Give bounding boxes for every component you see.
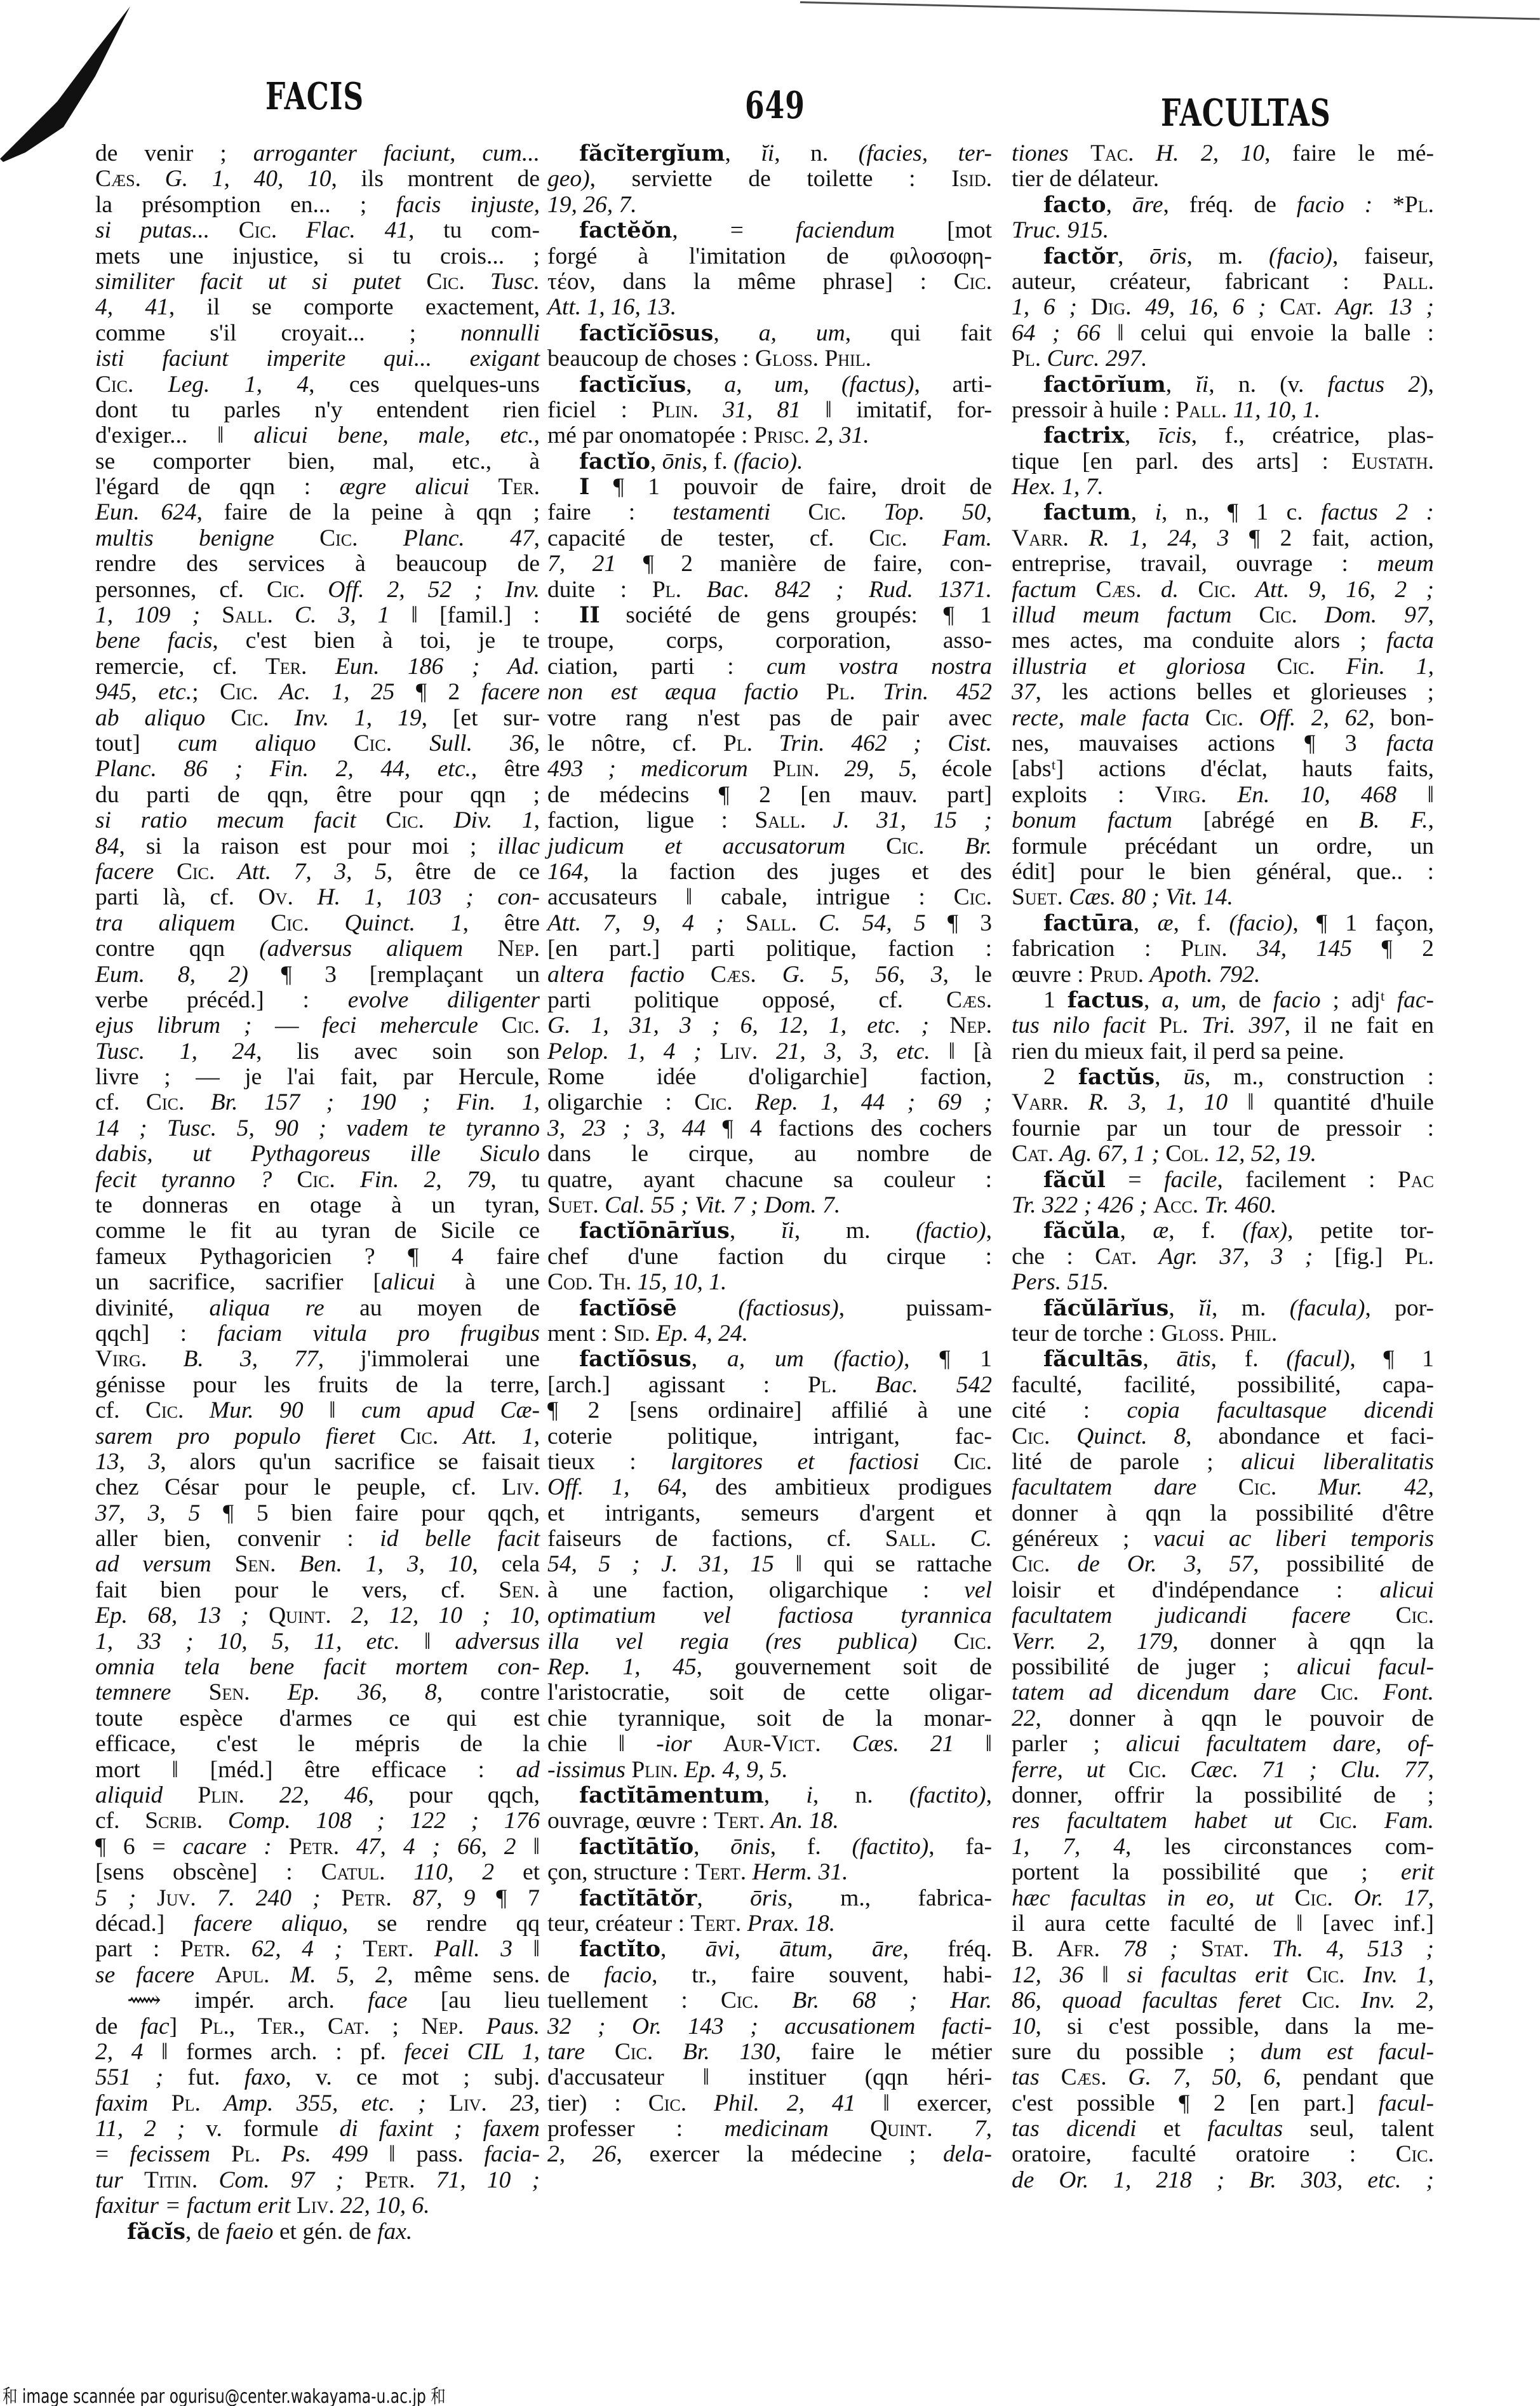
- text-line: part : Petr. 62, 4 ; Tert. Pall. 3 ‖: [95, 1937, 540, 1962]
- dictionary-entry-line: făcultās, ātis, f. (facul), ¶ 1: [1012, 1347, 1434, 1372]
- dictionary-entry-line: II société de gens groupés: ¶ 1: [547, 603, 992, 628]
- text-line: Verr. 2, 179, donner à qqn la: [1012, 1629, 1434, 1655]
- text-line: accusateurs ‖ cabale, intrigue : Cic.: [547, 885, 992, 910]
- dictionary-entry-line: factĭto, āvi, ātum, āre, fréq.: [547, 1937, 992, 1962]
- text-line: bonum factum [abrégé en B. F.,: [1012, 808, 1434, 833]
- dictionary-entry-line: factŏr, ōris, m. (facio), faiseur,: [1012, 244, 1434, 269]
- text-line: Pers. 515.: [1012, 1270, 1434, 1295]
- text-line: décad.] facere aliquo, se rendre qq: [95, 1911, 540, 1937]
- text-line: 2, 4 ‖ formes arch. : pf. fecei CIL 1,: [95, 2040, 540, 2065]
- text-line: divinité, aliqua re au moyen de: [95, 1296, 540, 1321]
- dictionary-entry-line: facto, āre, fréq. de facio : *Pl.: [1012, 192, 1434, 218]
- text-line: dabis, ut Pythagoreus ille Siculo: [95, 1141, 540, 1167]
- text-line: recte, male facta Cic. Off. 2, 62, bon-: [1012, 706, 1434, 731]
- text-line: 945, etc.; Cic. Ac. 1, 25 ¶ 2 facere: [95, 680, 540, 705]
- text-line: factum Cæs. d. Cic. Att. 9, 16, 2 ;: [1012, 577, 1434, 603]
- dictionary-entry-line: factĕŏn, = faciendum [mot: [547, 218, 992, 243]
- text-line: 551 ; fut. faxo, v. ce mot ; subj.: [95, 2065, 540, 2090]
- text-line: toute espèce d'armes ce qui est: [95, 1706, 540, 1731]
- text-line: 1, 6 ; Dig. 49, 16, 6 ; Cat. Agr. 13 ;: [1012, 295, 1434, 320]
- text-line: Varr. R. 3, 1, 10 ‖ quantité d'huile: [1012, 1090, 1434, 1115]
- dictionary-entry-line: factĭtātĭo, ōnis, f. (factito), fa-: [547, 1834, 992, 1860]
- dictionary-entry-line: factĭo, ōnis, f. (facio).: [547, 449, 992, 474]
- text-line: bene facis, c'est bien à toi, je te: [95, 628, 540, 654]
- text-line: che : Cat. Agr. 37, 3 ; [fig.] Pl.: [1012, 1244, 1434, 1270]
- text-line: de facio, tr., faire souvent, habi-: [547, 1963, 992, 1988]
- text-line: Suet. Cæs. 80 ; Vit. 14.: [1012, 885, 1434, 910]
- text-line: temnere Sen. Ep. 36, 8, contre: [95, 1680, 540, 1705]
- text-line: généreux ; vacui ac liberi temporis: [1012, 1526, 1434, 1552]
- text-line: 64 ; 66 ‖ celui qui envoie la balle :: [1012, 321, 1434, 346]
- text-line: isti faciunt imperite qui... exigant: [95, 346, 540, 372]
- text-line: le nôtre, cf. Pl. Trin. 462 ; Cist.: [547, 731, 992, 756]
- text-line: Off. 1, 64, des ambitieux prodigues: [547, 1475, 992, 1500]
- dictionary-entry-line: factĭtātŏr, ōris, m., fabrica-: [547, 1886, 992, 1911]
- text-line: tier de délateur.: [1012, 166, 1434, 192]
- text-line: 11, 2 ; v. formule di faxint ; faxem: [95, 2116, 540, 2142]
- text-line: rien du mieux fait, il perd sa peine.: [1012, 1039, 1434, 1065]
- text-line: édit] pour le bien général, que.. :: [1012, 859, 1434, 885]
- text-line: 19, 26, 7.: [547, 192, 992, 218]
- text-line: Pl. Curc. 297.: [1012, 346, 1434, 372]
- text-line: 493 ; medicorum Plin. 29, 5, école: [547, 756, 992, 782]
- text-line: fabrication : Plin. 34, 145 ¶ 2: [1012, 936, 1434, 962]
- text-line: 32 ; Or. 143 ; accusationem facti-: [547, 2014, 992, 2040]
- text-line: de venir ; arroganter faciunt, cum...: [95, 141, 540, 166]
- dictionary-entry-line: factĭōsē (factiosus), puissam-: [547, 1296, 992, 1321]
- text-line: [sens obscène] : Catul. 110, 2 et: [95, 1860, 540, 1885]
- text-line: facultatem dare Cic. Mur. 42,: [1012, 1475, 1434, 1500]
- text-line: oratoire, faculté oratoire : Cic.: [1012, 2142, 1434, 2167]
- text-line: dont tu parles n'y entendent rien: [95, 398, 540, 423]
- text-line: cf. Cic. Br. 157 ; 190 ; Fin. 1,: [95, 1090, 540, 1115]
- text-line: Truc. 915.: [1012, 218, 1434, 243]
- text-line: 4, 41, il se comporte exactement,: [95, 295, 540, 320]
- text-line: Ep. 68, 13 ; Quint. 2, 12, 10 ; 10,: [95, 1603, 540, 1629]
- text-line: [en part.] parti politique, faction :: [547, 936, 992, 962]
- text-line: tus nilo facit Pl. Tri. 397, il ne fait …: [1012, 1013, 1434, 1038]
- text-line: et intrigants, semeurs d'argent et: [547, 1501, 992, 1526]
- dictionary-column-2: făcĭtergĭum, ĭi, n. (facies, ter-geo), s…: [547, 141, 992, 2168]
- text-line: génisse pour les fruits de la terre,: [95, 1373, 540, 1398]
- text-line: multis benigne Cic. Planc. 47,: [95, 526, 540, 551]
- text-line: altera factio Cæs. G. 5, 56, 3, le: [547, 962, 992, 988]
- text-line: ¶ 2 [sens ordinaire] affilié à une: [547, 1398, 992, 1423]
- text-line: fameux Pythagoricien ? ¶ 4 faire: [95, 1244, 540, 1270]
- text-line: d'accusateur ‖ instituer (qqn héri-: [547, 2065, 992, 2090]
- text-line: Cat. Ag. 67, 1 ; Col. 12, 52, 19.: [1012, 1141, 1434, 1167]
- text-line: chie tyrannique, soit de la monar-: [547, 1706, 992, 1731]
- text-line: illud meum factum Cic. Dom. 97,: [1012, 603, 1434, 628]
- text-line: te donneras en otage à un tyran,: [95, 1193, 540, 1218]
- text-line: entreprise, travail, ouvrage : meum: [1012, 551, 1434, 577]
- text-line: donner, offrir la possibilité de ;: [1012, 1783, 1434, 1808]
- text-line: 37, 3, 5 ¶ 5 bien faire pour qqch,: [95, 1501, 540, 1526]
- text-line: 10, si c'est possible, dans la me-: [1012, 2014, 1434, 2040]
- text-line: lité de parole ; alicui liberalitatis: [1012, 1449, 1434, 1475]
- text-line: cf. Scrib. Comp. 108 ; 122 ; 176: [95, 1808, 540, 1834]
- text-line: Virg. B. 3, 77, j'immolerai une: [95, 1347, 540, 1372]
- text-line: du parti de qqn, être pour qqn ;: [95, 783, 540, 808]
- dictionary-entry-line: făcĭtergĭum, ĭi, n. (facies, ter-: [547, 141, 992, 166]
- text-line: chez César pour le peuple, cf. Liv.: [95, 1475, 540, 1500]
- text-line: Cic. Quinct. 8, abondance et faci-: [1012, 1424, 1434, 1449]
- text-line: Cic. de Or. 3, 57, possibilité de: [1012, 1552, 1434, 1577]
- text-line: fecit tyranno ? Cic. Fin. 2, 79, tu: [95, 1167, 540, 1193]
- text-line: G. 1, 31, 3 ; 6, 12, 1, etc. ; Nep.: [547, 1013, 992, 1038]
- page-header: FACIS 649 FACULTAS: [0, 75, 1540, 126]
- text-line: Eum. 8, 2) ¶ 3 [remplaçant un: [95, 962, 540, 988]
- text-line: 2, 26, exercer la médecine ; dela-: [547, 2142, 992, 2167]
- text-line: se facere Apul. M. 5, 2, même sens.: [95, 1963, 540, 1988]
- text-line: tas dicendi et facultas seul, talent: [1012, 2116, 1434, 2142]
- text-line: mets une injustice, si tu crois... ;: [95, 244, 540, 269]
- text-line: si ratio mecum facit Cic. Div. 1,: [95, 808, 540, 833]
- text-line: 14 ; Tusc. 5, 90 ; vadem te tyranno: [95, 1116, 540, 1141]
- dictionary-entry-line: 2 factŭs, ūs, m., construction :: [1012, 1065, 1434, 1090]
- text-line: çon, structure : Tert. Herm. 31.: [547, 1860, 992, 1885]
- text-line: Cic. Leg. 1, 4, ces quelques-uns: [95, 372, 540, 398]
- dictionary-entry-line: făcŭl = facile, facilement : Pac: [1012, 1167, 1434, 1193]
- text-line: Tr. 322 ; 426 ; Acc. Tr. 460.: [1012, 1193, 1434, 1218]
- text-line: Suet. Cal. 55 ; Vit. 7 ; Dom. 7.: [547, 1193, 992, 1218]
- text-line: [absᵗ] actions d'éclat, hauts faits,: [1012, 756, 1434, 782]
- text-line: Cod. Th. 15, 10, 1.: [547, 1270, 992, 1295]
- text-line: 13, 3, alors qu'un sacrifice se faisait: [95, 1449, 540, 1475]
- text-line: 37, les actions belles et glorieuses ;: [1012, 680, 1434, 705]
- text-line: sure du possible ; dum est facul-: [1012, 2040, 1434, 2065]
- scan-credit: 和 image scannée par ogurisu@center.wakay…: [3, 2381, 446, 2406]
- text-line: Att. 1, 16, 13.: [547, 295, 992, 320]
- dictionary-column-3: tiones Tac. H. 2, 10, faire le mé-tier d…: [1012, 141, 1434, 2193]
- text-line: troupe, corps, corporation, asso-: [547, 628, 992, 654]
- dictionary-entry-line: I ¶ 1 pouvoir de faire, droit de: [547, 474, 992, 500]
- text-line: illustria et gloriosa Cic. Fin. 1,: [1012, 654, 1434, 680]
- text-line: formule précédant un ordre, un: [1012, 834, 1434, 859]
- dictionary-entry-line: factĭōnārĭus, ĭi, m. (factio),: [547, 1218, 992, 1244]
- text-line: non est æqua factio Pl. Trin. 452: [547, 680, 992, 705]
- text-line: 3, 23 ; 3, 44 ¶ 4 factions des cochers: [547, 1116, 992, 1141]
- text-line: mort ‖ [méd.] être efficace : ad: [95, 1757, 540, 1783]
- text-line: B. Afr. 78 ; Stat. Th. 4, 513 ;: [1012, 1937, 1434, 1962]
- text-line: parler ; alicui facultatem dare, of-: [1012, 1731, 1434, 1757]
- text-line: tare Cic. Br. 130, faire le métier: [547, 2040, 992, 2065]
- text-line: Att. 7, 9, 4 ; Sall. C. 54, 5 ¶ 3: [547, 911, 992, 936]
- text-line: -issimus Plin. Ep. 4, 9, 5.: [547, 1757, 992, 1783]
- text-line: se comporter bien, mal, etc., à: [95, 449, 540, 474]
- dictionary-column-1: de venir ; arroganter faciunt, cum...Cæs…: [95, 141, 540, 2245]
- text-line: Hex. 1, 7.: [1012, 474, 1434, 500]
- text-line: 22, donner à qqn le pouvoir de: [1012, 1706, 1434, 1731]
- text-line: personnes, cf. Cic. Off. 2, 52 ; Inv.: [95, 577, 540, 603]
- text-line: Pelop. 1, 4 ; Liv. 21, 3, 3, etc. ‖ [à: [547, 1039, 992, 1065]
- text-line: cf. Cic. Mur. 90 ‖ cum apud Cæ-: [95, 1398, 540, 1423]
- page-edge-line: [800, 1, 1540, 20]
- text-line: forgé à l'imitation de φιλοσοφη-: [547, 244, 992, 269]
- text-line: Varr. R. 1, 24, 3 ¶ 2 fait, action,: [1012, 526, 1434, 551]
- dictionary-entry-line: făcŭlārĭus, ĭi, m. (facula), por-: [1012, 1296, 1434, 1321]
- text-line: hæc facultas in eo, ut Cic. Or. 17,: [1012, 1886, 1434, 1911]
- text-line: Planc. 86 ; Fin. 2, 44, etc., être: [95, 756, 540, 782]
- dictionary-entry-line: factĭtāmentum, i, n. (factito),: [547, 1783, 992, 1808]
- text-line: comme le fit au tyran de Sicile ce: [95, 1218, 540, 1244]
- text-line: exploits : Virg. En. 10, 468 ‖: [1012, 783, 1434, 808]
- text-line: = fecissem Pl. Ps. 499 ‖ pass. facia-: [95, 2142, 540, 2167]
- text-line: auteur, créateur, fabricant : Pall.: [1012, 269, 1434, 295]
- text-line: mé par onomatopée : Prisc. 2, 31.: [547, 423, 992, 448]
- text-line: c'est possible ¶ 2 [en part.] facul-: [1012, 2091, 1434, 2116]
- text-line: possibilité de juger ; alicui facul-: [1012, 1655, 1434, 1680]
- text-line: si putas... Cic. Flac. 41, tu com-: [95, 218, 540, 243]
- text-line: efficace, c'est le mépris de la: [95, 1731, 540, 1757]
- text-line: donner à qqn la possibilité d'être: [1012, 1501, 1434, 1526]
- text-line: teur de torche : Gloss. Phil.: [1012, 1321, 1434, 1347]
- text-line: livre ; — je l'ai fait, par Hercule,: [95, 1065, 540, 1090]
- text-line: portent la possibilité que ; erit: [1012, 1860, 1434, 1885]
- text-line: 54, 5 ; J. 31, 15 ‖ qui se rattache: [547, 1552, 992, 1577]
- text-line: facere Cic. Att. 7, 3, 5, être de ce: [95, 859, 540, 885]
- text-line: aller bien, convenir : id belle facit: [95, 1526, 540, 1552]
- text-line: tieux : largitores et factiosi Cic.: [547, 1449, 992, 1475]
- text-line: remercie, cf. Ter. Eun. 186 ; Ad.: [95, 654, 540, 680]
- text-line: faction, ligue : Sall. J. 31, 15 ;: [547, 808, 992, 833]
- text-line: 5 ; Juv. 7. 240 ; Petr. 87, 9 ¶ 7: [95, 1886, 540, 1911]
- text-line: loisir et d'indépendance : alicui: [1012, 1578, 1434, 1603]
- text-line: tas Cæs. G. 7, 50, 6, pendant que: [1012, 2065, 1434, 2090]
- text-line: geo), serviette de toilette : Isid.: [547, 166, 992, 192]
- text-line: tique [en parl. des arts] : Eustath.: [1012, 449, 1434, 474]
- dictionary-entry-line: factōrĭum, ĭi, n. (v. factus 2),: [1012, 372, 1434, 398]
- text-line: omnia tela bene facit mortem con-: [95, 1655, 540, 1680]
- dictionary-entry-line: 1 factus, a, um, de facio ; adjᵗ fac-: [1012, 988, 1434, 1013]
- text-line: faiseurs de factions, cf. Sall. C.: [547, 1526, 992, 1552]
- text-line: aliquid Plin. 22, 46, pour qqch,: [95, 1783, 540, 1808]
- text-line: coterie politique, intrigant, fac-: [547, 1424, 992, 1449]
- text-line: ¶ 6 = cacare : Petr. 47, 4 ; 66, 2 ‖: [95, 1834, 540, 1860]
- text-line: oligarchie : Cic. Rep. 1, 44 ; 69 ;: [547, 1090, 992, 1115]
- text-line: illa vel regia (res publica) Cic.: [547, 1629, 992, 1655]
- text-line: rendre des services à beaucoup de: [95, 551, 540, 577]
- text-line: ad versum Sen. Ben. 1, 3, 10, cela: [95, 1552, 540, 1577]
- text-line: de médecins ¶ 2 [en mauv. part]: [547, 783, 992, 808]
- text-line: [arch.] agissant : Pl. Bac. 542: [547, 1373, 992, 1398]
- text-line: judicum et accusatorum Cic. Br.: [547, 834, 992, 859]
- text-line: 7, 21 ¶ 2 manière de faire, con-: [547, 551, 992, 577]
- text-line: contre qqn (adversus aliquem Nep.: [95, 936, 540, 962]
- text-line: ficiel : Plin. 31, 81 ‖ imitatif, for-: [547, 398, 992, 423]
- page-number: 649: [745, 84, 805, 128]
- text-line: 1, 7, 4, les circonstances com-: [1012, 1834, 1434, 1860]
- text-line: Tusc. 1, 24, lis avec soin son: [95, 1039, 540, 1065]
- text-line: tatem ad dicendum dare Cic. Font.: [1012, 1680, 1434, 1705]
- text-line: quatre, ayant chacune sa couleur :: [547, 1167, 992, 1193]
- text-line: res facultatem habet ut Cic. Fam.: [1012, 1808, 1434, 1834]
- dictionary-entry-line: factum, i, n., ¶ 1 c. factus 2 :: [1012, 500, 1434, 525]
- dictionary-entry-line: ⟿ impér. arch. face [au lieu: [95, 1988, 540, 2013]
- text-line: il aura cette faculté de ‖ [avec inf.]: [1012, 1911, 1434, 1937]
- dictionary-entry-line: factrix, īcis, f., créatrice, plas-: [1012, 423, 1434, 448]
- text-line: professer : medicinam Quint. 7,: [547, 2116, 992, 2142]
- text-line: à une faction, oligarchique : vel: [547, 1578, 992, 1603]
- text-line: faxim Pl. Amp. 355, etc. ; Liv. 23,: [95, 2091, 540, 2116]
- text-line: votre rang n'est pas de pair avec: [547, 706, 992, 731]
- text-line: tuellement : Cic. Br. 68 ; Har.: [547, 1988, 992, 2013]
- text-line: dans le cirque, au nombre de: [547, 1141, 992, 1167]
- text-line: ciation, parti : cum vostra nostra: [547, 654, 992, 680]
- dictionary-entry-line: factĭcĭus, a, um, (factus), arti-: [547, 372, 992, 398]
- dictionary-entry-line: făcŭla, æ, f. (fax), petite tor-: [1012, 1218, 1434, 1244]
- text-line: chef d'une faction du cirque :: [547, 1244, 992, 1270]
- dictionary-entry-line: factĭcĭōsus, a, um, qui fait: [547, 321, 992, 346]
- text-line: nes, mauvaises actions ¶ 3 facta: [1012, 731, 1434, 756]
- text-line: Cæs. G. 1, 40, 10, ils montrent de: [95, 166, 540, 192]
- text-line: capacité de tester, cf. Cic. Fam.: [547, 526, 992, 551]
- dictionary-entry-line: factĭōsus, a, um (factio), ¶ 1: [547, 1347, 992, 1372]
- text-line: ouvrage, œuvre : Tert. An. 18.: [547, 1808, 992, 1834]
- text-line: l'égard de qqn : ægre alicui Ter.: [95, 474, 540, 500]
- text-line: 12, 36 ‖ si facultas erit Cic. Inv. 1,: [1012, 1963, 1434, 1988]
- text-line: chie ‖ -ior Aur-Vict. Cæs. 21 ‖: [547, 1731, 992, 1757]
- text-line: faculté, facilité, possibilité, capa-: [1012, 1373, 1434, 1398]
- text-line: 164, la faction des juges et des: [547, 859, 992, 885]
- text-line: duite : Pl. Bac. 842 ; Rud. 1371.: [547, 577, 992, 603]
- text-line: 86, quoad facultas feret Cic. Inv. 2,: [1012, 1988, 1434, 2013]
- text-line: tier) : Cic. Phil. 2, 41 ‖ exercer,: [547, 2091, 992, 2116]
- left-guide-word: FACIS: [265, 75, 364, 119]
- text-line: sarem pro populo fieret Cic. Att. 1,: [95, 1424, 540, 1449]
- text-line: similiter facit ut si putet Cic. Tusc.: [95, 269, 540, 295]
- text-line: pressoir à huile : Pall. 11, 10, 1.: [1012, 398, 1434, 423]
- text-line: cité : copia facultasque dicendi: [1012, 1398, 1434, 1423]
- text-line: 1, 109 ; Sall. C. 3, 1 ‖ [famil.] :: [95, 603, 540, 628]
- text-line: œuvre : Prud. Apoth. 792.: [1012, 962, 1434, 988]
- text-line: parti politique opposé, cf. Cæs.: [547, 988, 992, 1013]
- right-guide-word: FACULTAS: [1161, 91, 1331, 135]
- text-line: tur Titin. Com. 97 ; Petr. 71, 10 ;: [95, 2168, 540, 2193]
- text-line: faxitur = factum erit Liv. 22, 10, 6.: [95, 2193, 540, 2219]
- text-line: tra aliquem Cic. Quinct. 1, être: [95, 911, 540, 936]
- text-line: un sacrifice, sacrifier [alicui à une: [95, 1270, 540, 1295]
- text-line: teur, créateur : Tert. Prax. 18.: [547, 1911, 992, 1937]
- text-line: facultatem judicandi facere Cic.: [1012, 1603, 1434, 1629]
- text-line: de fac] Pl., Ter., Cat. ; Nep. Paus.: [95, 2014, 540, 2040]
- text-line: ment : Sid. Ep. 4, 24.: [547, 1321, 992, 1347]
- text-line: ejus librum ; — feci mehercule Cic.: [95, 1013, 540, 1038]
- text-line: la présomption en... ; facis injuste,: [95, 192, 540, 218]
- text-line: optimatium vel factiosa tyrannica: [547, 1603, 992, 1629]
- text-line: comme s'il croyait... ; nonnulli: [95, 321, 540, 346]
- text-line: parti là, cf. Ov. H. 1, 103 ; con-: [95, 885, 540, 910]
- text-line: qqch] : faciam vitula pro frugibus: [95, 1321, 540, 1347]
- text-line: Eun. 624, faire de la peine à qqn ;: [95, 500, 540, 525]
- text-line: beaucoup de choses : Gloss. Phil.: [547, 346, 992, 372]
- text-line: d'exiger... ‖ alicui bene, male, etc.,: [95, 423, 540, 448]
- text-line: tout] cum aliquo Cic. Sull. 36,: [95, 731, 540, 756]
- text-line: ferre, ut Cic. Cæc. 71 ; Clu. 77,: [1012, 1757, 1434, 1783]
- text-line: fait bien pour le vers, cf. Sen.: [95, 1578, 540, 1603]
- text-line: ab aliquo Cic. Inv. 1, 19, [et sur-: [95, 706, 540, 731]
- text-line: 84, si la raison est pour moi ; illac: [95, 834, 540, 859]
- text-line: verbe précéd.] : evolve diligenter: [95, 988, 540, 1013]
- text-line: fournie par un tour de pressoir :: [1012, 1116, 1434, 1141]
- text-line: faire : testamenti Cic. Top. 50,: [547, 500, 992, 525]
- text-line: de Or. 1, 218 ; Br. 303, etc. ;: [1012, 2168, 1434, 2193]
- text-line: mes actes, ma conduite alors ; facta: [1012, 628, 1434, 654]
- text-line: τέον, dans la même phrase] : Cic.: [547, 269, 992, 295]
- text-line: Rep. 1, 45, gouvernement soit de: [547, 1655, 992, 1680]
- text-line: 1, 33 ; 10, 5, 11, etc. ‖ adversus: [95, 1629, 540, 1655]
- dictionary-entry-line: făcĭs, de faeio et gén. de fax.: [95, 2219, 540, 2245]
- dictionary-entry-line: factūra, æ, f. (facio), ¶ 1 façon,: [1012, 911, 1434, 936]
- text-line: tiones Tac. H. 2, 10, faire le mé-: [1012, 141, 1434, 166]
- text-line: Rome idée d'oligarchie] faction,: [547, 1065, 992, 1090]
- text-line: l'aristocratie, soit de cette oligar-: [547, 1680, 992, 1705]
